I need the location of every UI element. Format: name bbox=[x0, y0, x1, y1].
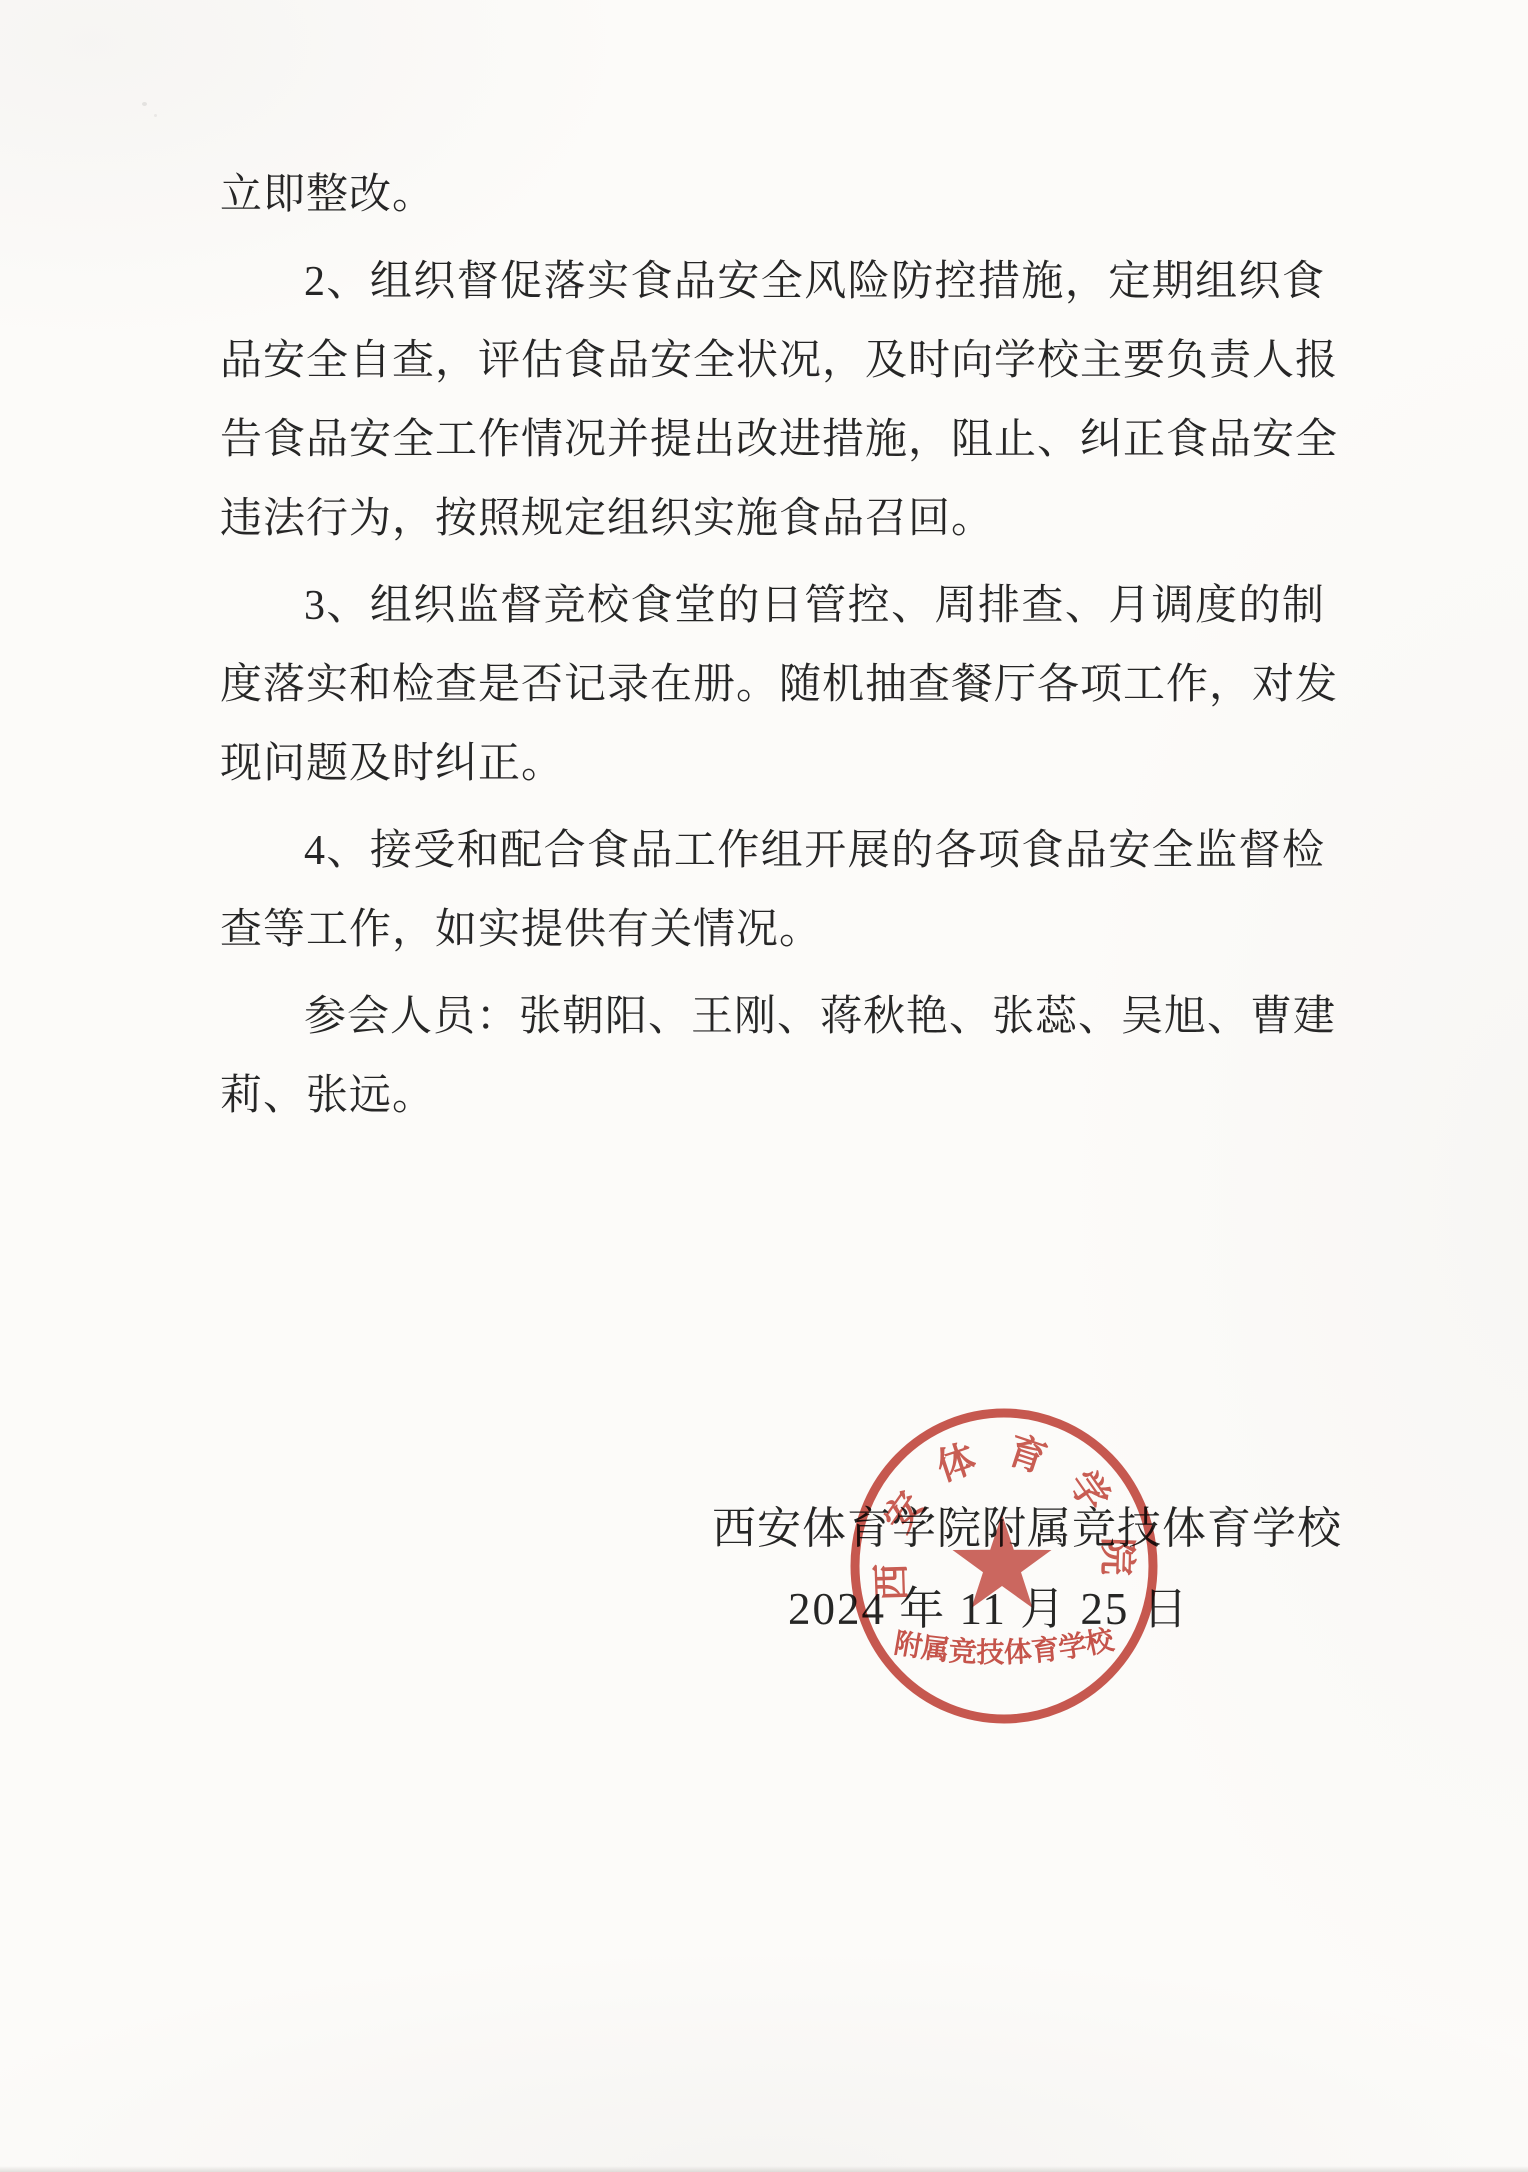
signature-date: 2024 年 11 月 25 日 bbox=[788, 1572, 1190, 1637]
page-bottom-shadow bbox=[0, 2166, 1528, 2172]
scan-artifact bbox=[142, 102, 147, 106]
document-body: 立即整改。2、组织督促落实食品安全风险防控措施，定期组织食品安全自查，评估食品安… bbox=[220, 156, 1325, 1144]
signature-org-name: 西安体育学院附属竞技体育学校 bbox=[712, 1492, 1342, 1556]
paragraph-line: 4、接受和配合食品工作组开展的各项食品安全监督检 bbox=[220, 812, 1325, 891]
paragraph-line: 品安全自查，评估食品安全状况，及时向学校主要负责人报 bbox=[220, 322, 1325, 401]
paragraph: 立即整改。 bbox=[220, 156, 1325, 235]
paragraph-line: 莉、张远。 bbox=[220, 1057, 1325, 1136]
paragraph-line: 参会人员：张朝阳、王刚、蒋秋艳、张蕊、吴旭、曹建 bbox=[220, 978, 1325, 1057]
paragraph: 2、组织督促落实食品安全风险防控措施，定期组织食品安全自查，评估食品安全状况，及… bbox=[220, 243, 1325, 559]
paragraph-line: 立即整改。 bbox=[220, 156, 1325, 235]
paragraph-line: 告食品安全工作情况并提出改进措施，阻止、纠正食品安全 bbox=[220, 401, 1325, 480]
paragraph-line: 3、组织监督竞校食堂的日管控、周排查、月调度的制 bbox=[220, 567, 1325, 646]
paragraph: 参会人员：张朝阳、王刚、蒋秋艳、张蕊、吴旭、曹建莉、张远。 bbox=[220, 978, 1325, 1136]
scanned-document-page: 立即整改。2、组织督促落实食品安全风险防控措施，定期组织食品安全自查，评估食品安… bbox=[0, 0, 1528, 2172]
paragraph-line: 2、组织督促落实食品安全风险防控措施，定期组织食 bbox=[220, 243, 1325, 322]
paragraph-line: 违法行为，按照规定组织实施食品召回。 bbox=[220, 480, 1325, 559]
scan-artifact bbox=[154, 114, 157, 117]
seal-ring bbox=[855, 1413, 1153, 1719]
paragraph: 3、组织监督竞校食堂的日管控、周排查、月调度的制度落实和检查是否记录在册。随机抽… bbox=[220, 567, 1325, 804]
paragraph-line: 现问题及时纠正。 bbox=[220, 725, 1325, 804]
paragraph-line: 度落实和检查是否记录在册。随机抽查餐厅各项工作，对发 bbox=[220, 646, 1325, 725]
paragraph-line: 查等工作，如实提供有关情况。 bbox=[220, 891, 1325, 970]
paragraph: 4、接受和配合食品工作组开展的各项食品安全监督检查等工作，如实提供有关情况。 bbox=[220, 812, 1325, 970]
